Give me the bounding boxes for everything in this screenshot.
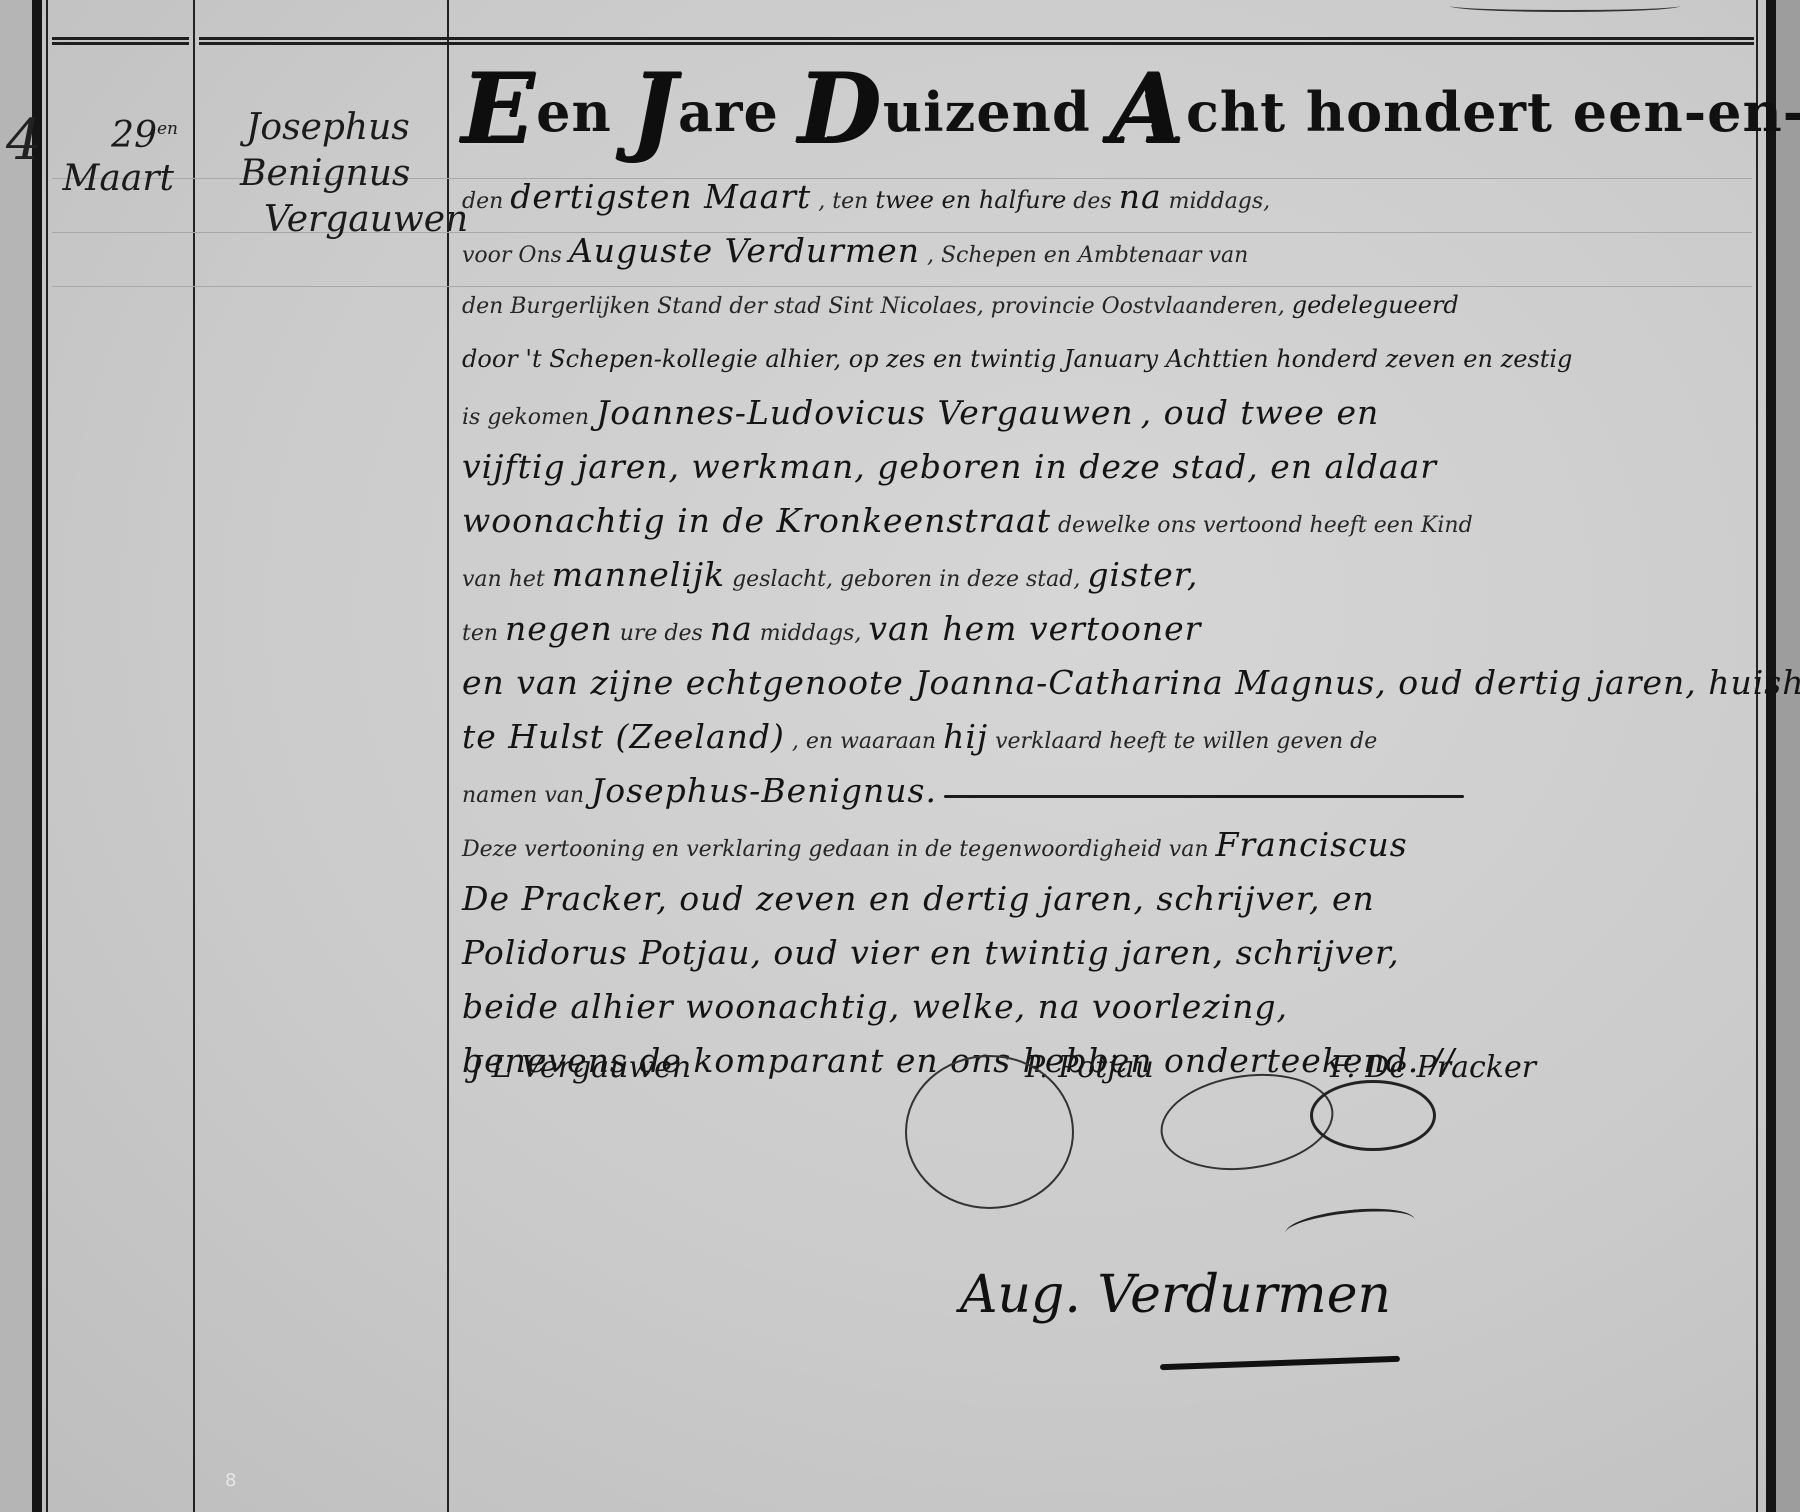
left-border-thin <box>46 0 48 1512</box>
date-column-divider <box>193 0 195 1512</box>
right-border-thick <box>1766 0 1776 1512</box>
left-border-thick <box>32 0 42 1512</box>
entry-separator-rule <box>52 37 189 45</box>
previous-entry-flourish <box>1450 0 1680 12</box>
entry-line-10: en van zijne echtgenoote Joanna-Catharin… <box>462 656 1747 710</box>
child-name-column: Josephus Benignus Vergauwen <box>200 105 440 243</box>
entry-line-4: door 't Schepen-kollegie alhier, op zes … <box>462 332 1747 386</box>
signature-row: J L Vergauwen P. Potjau F. De Pracker <box>470 1050 1750 1110</box>
margin-entry-number: 4 <box>6 108 42 173</box>
entry-day: 29en <box>52 115 192 156</box>
entry-separator-rule <box>199 37 1754 45</box>
entry-line-11: te Hulst (Zeeland) , en waaraan hij verk… <box>462 710 1747 764</box>
page-stamp-digit: 8 <box>225 1470 236 1491</box>
entry-line-16: beide alhier woonachtig, welke, na voorl… <box>462 980 1747 1034</box>
entry-body: Een Jare Duizend Acht hondert een-en-zev… <box>462 50 1747 1088</box>
given-name-1: Josephus <box>200 105 440 151</box>
signature-flourish <box>1310 1080 1436 1151</box>
surname: Vergauwen <box>200 197 440 243</box>
officer-signature: Aug. Verdurmen <box>960 1265 1391 1325</box>
entry-line-12: namen van Josephus-Benignus. <box>462 764 1747 818</box>
entry-line-3: den Burgerlijken Stand der stad Sint Nic… <box>462 278 1747 332</box>
date-column: 29en Maart <box>52 115 192 199</box>
binding-margin <box>0 0 32 1512</box>
right-border-thin <box>1756 0 1758 1512</box>
entry-line-9: ten negen ure des na middags, van hem ve… <box>462 602 1747 656</box>
officer-signature-flourish <box>1284 1203 1417 1249</box>
printed-heading: Een Jare Duizend Acht hondert een-en-zev… <box>462 50 1747 170</box>
page-edge <box>1776 0 1800 1512</box>
officer-signature-underline <box>1160 1356 1400 1370</box>
declarant-signature: J L Vergauwen <box>470 1050 691 1085</box>
entry-line-7: woonachtig in de Kronkeenstraat dewelke … <box>462 494 1747 548</box>
line-filler-stroke <box>944 795 1464 798</box>
register-page: 4 29en Maart Josephus Benignus Vergauwen… <box>0 0 1800 1512</box>
entry-line-6: vijftig jaren, werkman, geboren in deze … <box>462 440 1747 494</box>
entry-line-15: Polidorus Potjau, oud vier en twintig ja… <box>462 926 1747 980</box>
entry-month: Maart <box>52 158 192 199</box>
entry-line-5: is gekomen Joannes-Ludovicus Vergauwen ,… <box>462 386 1747 440</box>
entry-line-1: den dertigsten Maart , ten twee en halfu… <box>462 170 1747 224</box>
signature-flourish <box>905 1055 1074 1209</box>
entry-line-2: voor Ons Auguste Verdurmen , Schepen en … <box>462 224 1747 278</box>
entry-line-8: van het mannelijk geslacht, geboren in d… <box>462 548 1747 602</box>
entry-line-14: De Pracker, oud zeven en dertig jaren, s… <box>462 872 1747 926</box>
entry-line-13: Deze vertooning en verklaring gedaan in … <box>462 818 1747 872</box>
given-name-2: Benignus <box>200 151 440 197</box>
